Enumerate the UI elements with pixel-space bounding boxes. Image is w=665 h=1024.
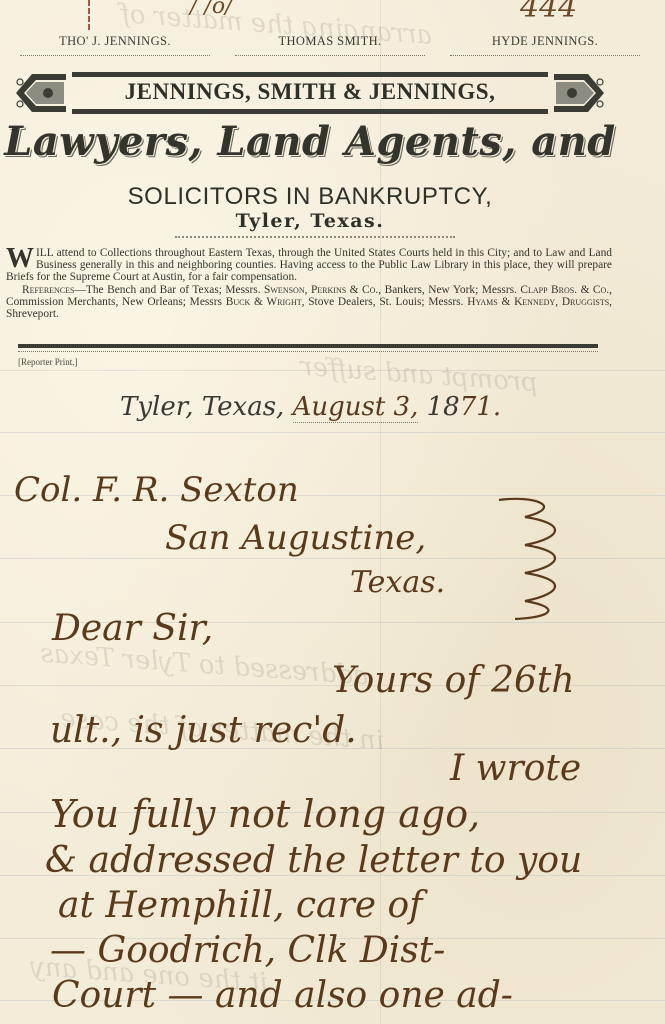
reference-name: Druggists <box>562 296 609 308</box>
services-paragraph: W ILL attend to Collections throughout E… <box>6 247 612 320</box>
reference-name: Hyams & Kennedy <box>467 296 555 308</box>
letter-line: ult., is just rec'd. <box>50 710 357 751</box>
banner-bar <box>72 72 548 77</box>
letter-line: You fully not long ago, <box>50 792 480 836</box>
reference-name: Swenson, Perkins & Co. <box>264 284 378 296</box>
partner-name: THOMAS SMITH. <box>235 34 425 56</box>
letter-line: at Hemphill, care of <box>58 885 422 926</box>
letter-page: arranging the matter of prompt and suffe… <box>0 0 665 1024</box>
letter-line: — Goodrich, Clk Dist- <box>50 930 445 971</box>
banner-bar <box>72 109 548 114</box>
salutation: Dear Sir, <box>52 608 213 649</box>
services-text: ILL attend to Collections throughout Eas… <box>6 247 612 283</box>
firm-city: Tyler, Texas. <box>0 210 620 232</box>
address-line: San Augustine, <box>165 518 426 558</box>
reference-name: Clapp Bros. & Co. <box>520 284 609 296</box>
dateline-city: Tyler, Texas, <box>120 392 284 422</box>
dateline-date: August 3, <box>293 392 419 423</box>
solicitors-heading: SOLICITORS IN BANKRUPTCY, <box>0 183 620 211</box>
ruled-line <box>0 558 665 559</box>
profession-heading: Lawyers, Land Agents, and <box>0 118 620 165</box>
firm-banner: JENNINGS, SMITH & JENNINGS, <box>12 70 608 116</box>
dateline: Tyler, Texas, August 3, 1871. <box>120 392 501 422</box>
address-line: Col. F. R. Sexton <box>14 470 299 510</box>
partner-name: HYDE JENNINGS. <box>450 34 640 56</box>
address-brace-icon <box>495 495 565 620</box>
red-pencil-mark <box>88 0 93 30</box>
reference-name: Buck & Wright <box>226 296 302 308</box>
printer-credit: [Reporter Print.] <box>18 357 77 367</box>
address-line: Texas. <box>350 565 445 600</box>
ornament-right-icon <box>552 70 608 116</box>
letter-line: Yours of 26th <box>332 660 575 701</box>
dateline-year-prefix: 18 <box>427 392 460 422</box>
ruled-line <box>0 432 665 433</box>
decorative-divider <box>175 236 455 242</box>
letterhead-rule <box>18 344 598 348</box>
partner-name: THO' J. JENNINGS. <box>20 34 210 56</box>
partner-names: THO' J. JENNINGS. THOMAS SMITH. HYDE JEN… <box>20 34 640 56</box>
document-number: 444 <box>520 0 577 25</box>
ornament-left-icon <box>12 70 68 116</box>
letter-line: Court — and also one ad- <box>52 975 513 1016</box>
letterhead-dotted-rule <box>18 351 598 352</box>
top-annotation: / /o/ <box>190 0 232 19</box>
references-label: References <box>22 284 75 296</box>
drop-cap: W <box>6 247 34 271</box>
references: References—The Bench and Bar of Texas; M… <box>6 284 612 321</box>
firm-name: JENNINGS, SMITH & JENNINGS, <box>72 79 548 105</box>
letter-line: I wrote <box>450 748 581 789</box>
dateline-year-suffix: 71. <box>460 392 501 422</box>
letter-line: & addressed the letter to you <box>45 840 582 881</box>
